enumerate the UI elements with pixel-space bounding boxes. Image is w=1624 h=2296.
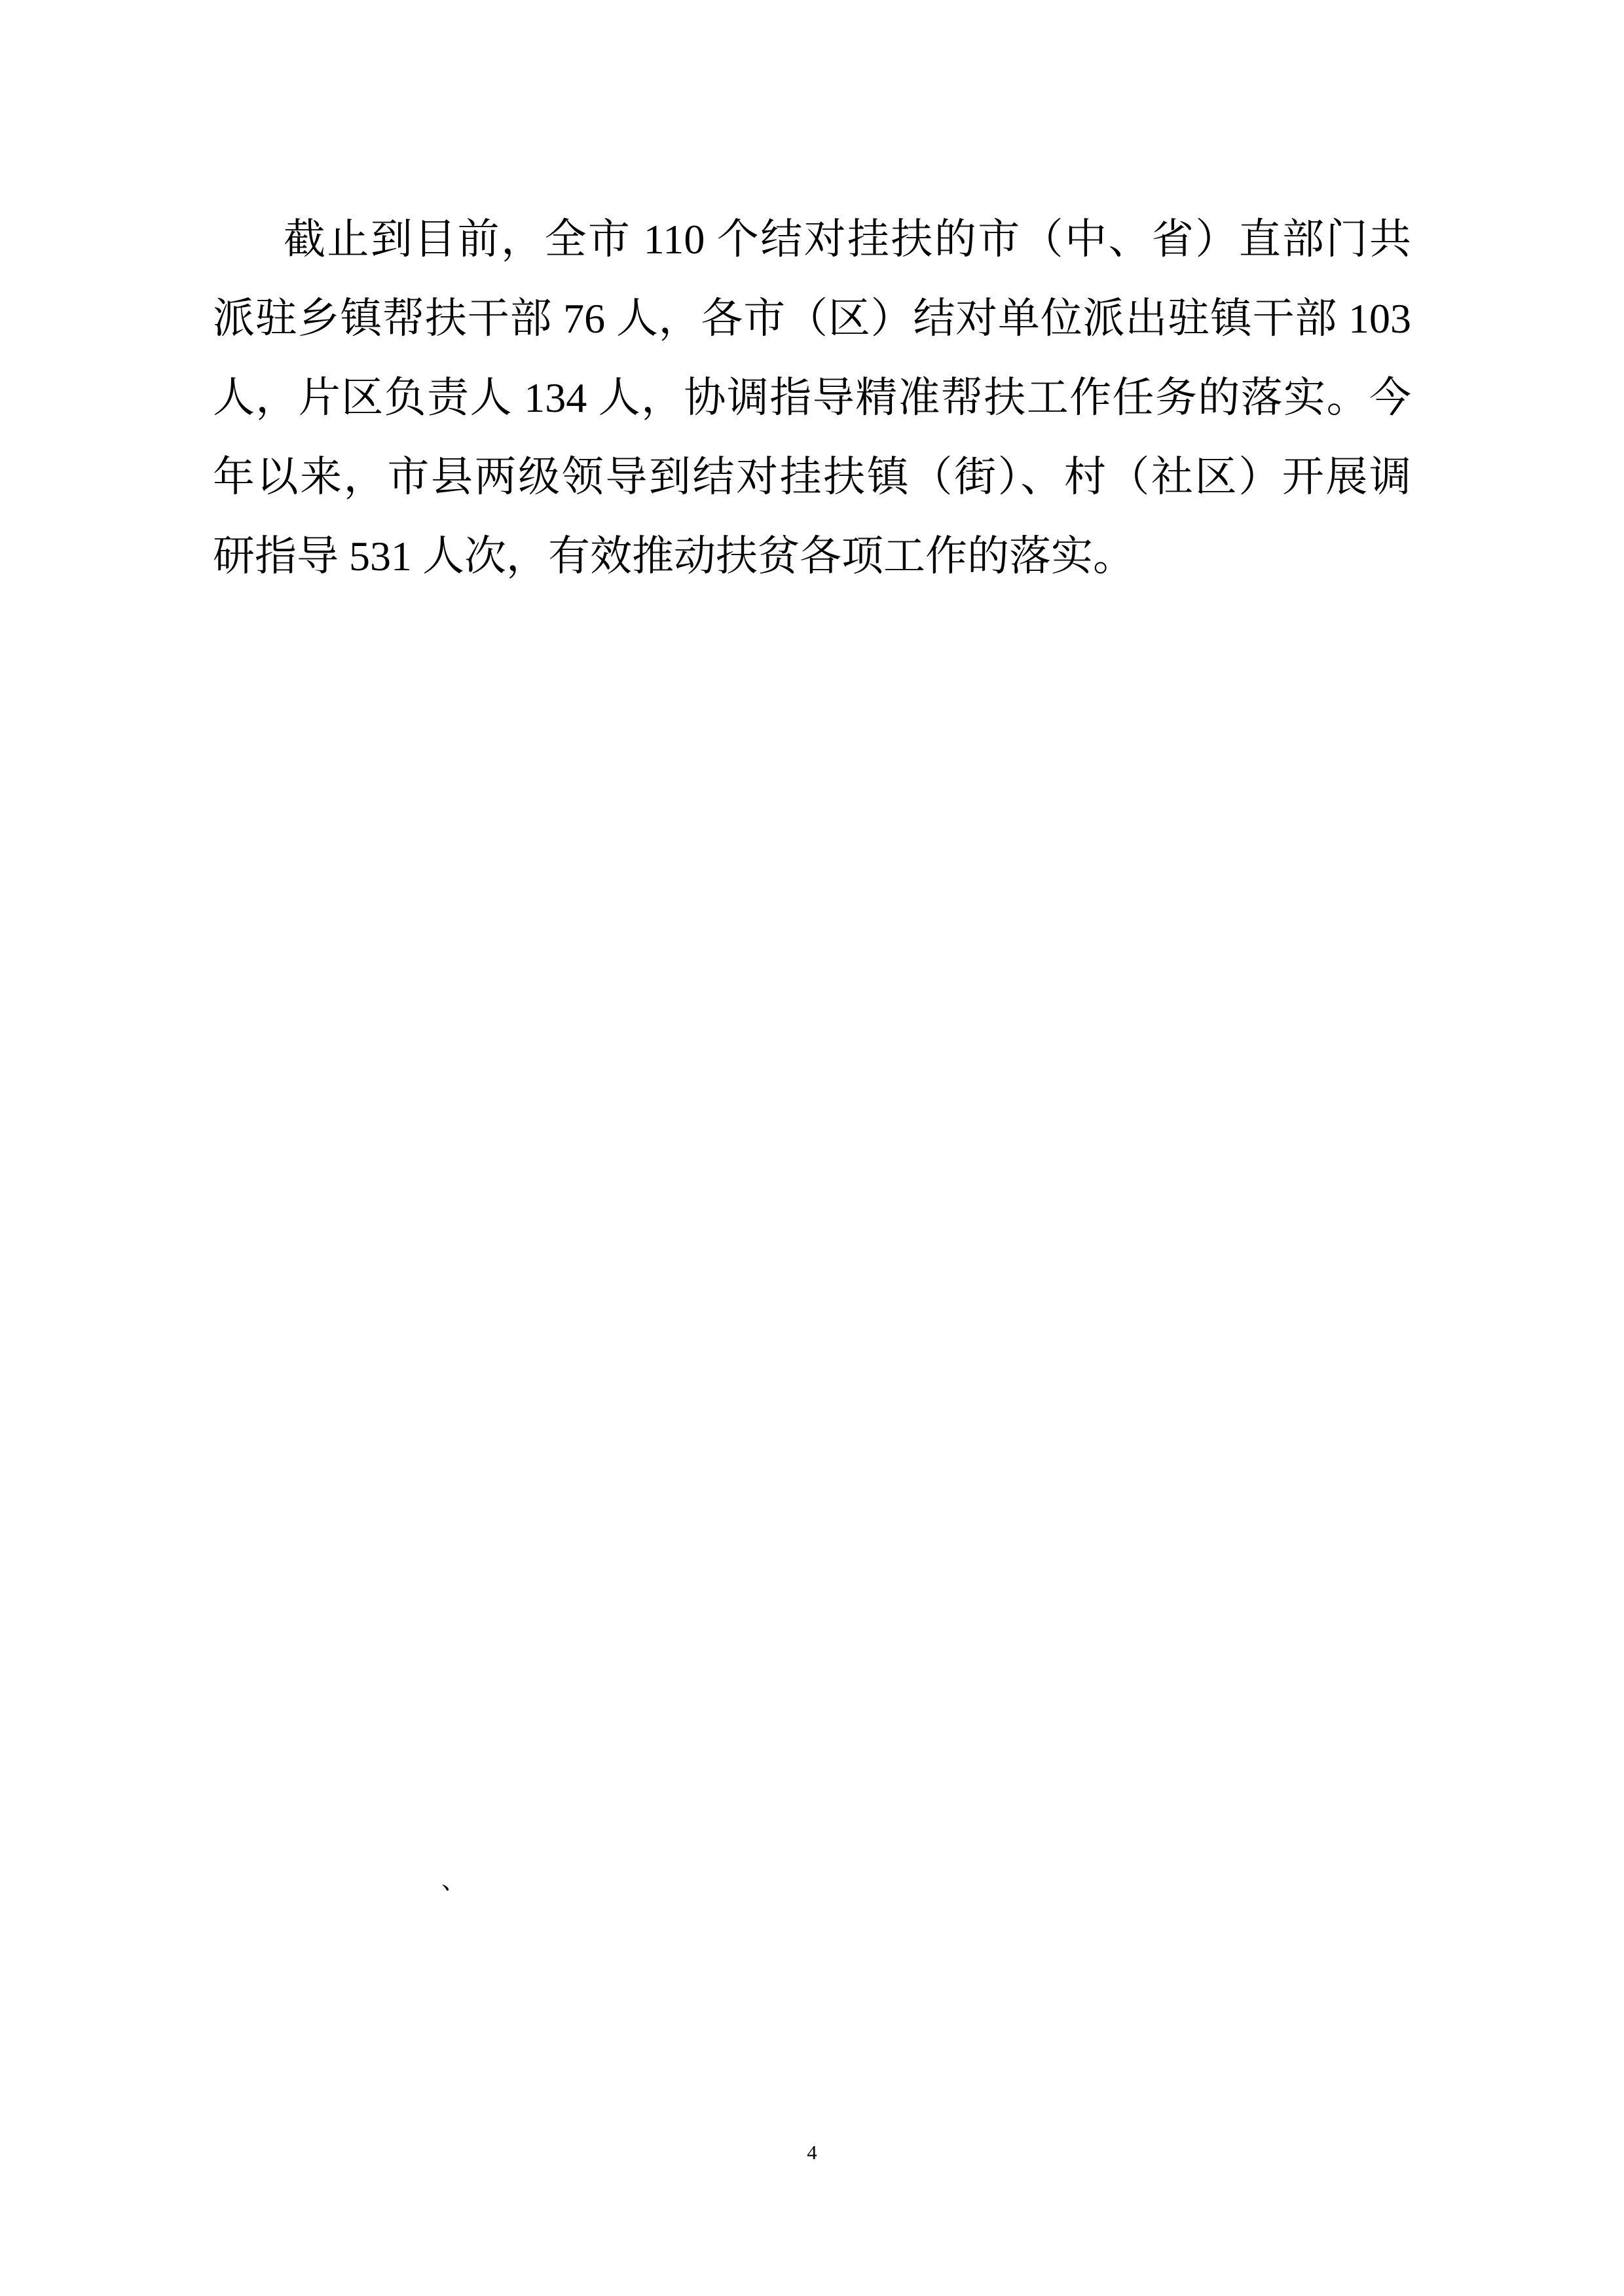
- stray-comma-mark: 、: [441, 1868, 466, 1893]
- paragraph-line-4: 年以来，市县两级领导到结对挂扶镇（街）、村（社区）开展调: [213, 437, 1411, 517]
- paragraph-line-5: 研指导 531 人次，有效推动扶贫各项工作的落实。: [213, 517, 1411, 596]
- body-paragraph: 截止到目前，全市 110 个结对挂扶的市（中、省）直部门共 派驻乡镇帮扶干部 7…: [213, 200, 1411, 596]
- paragraph-line-1: 截止到目前，全市 110 个结对挂扶的市（中、省）直部门共: [213, 200, 1411, 279]
- page-number: 4: [0, 2142, 1624, 2162]
- paragraph-line-3: 人，片区负责人 134 人，协调指导精准帮扶工作任务的落实。今: [213, 358, 1411, 437]
- paragraph-line-2: 派驻乡镇帮扶干部 76 人，各市（区）结对单位派出驻镇干部 103: [213, 279, 1411, 358]
- document-page: 截止到目前，全市 110 个结对挂扶的市（中、省）直部门共 派驻乡镇帮扶干部 7…: [0, 0, 1624, 2296]
